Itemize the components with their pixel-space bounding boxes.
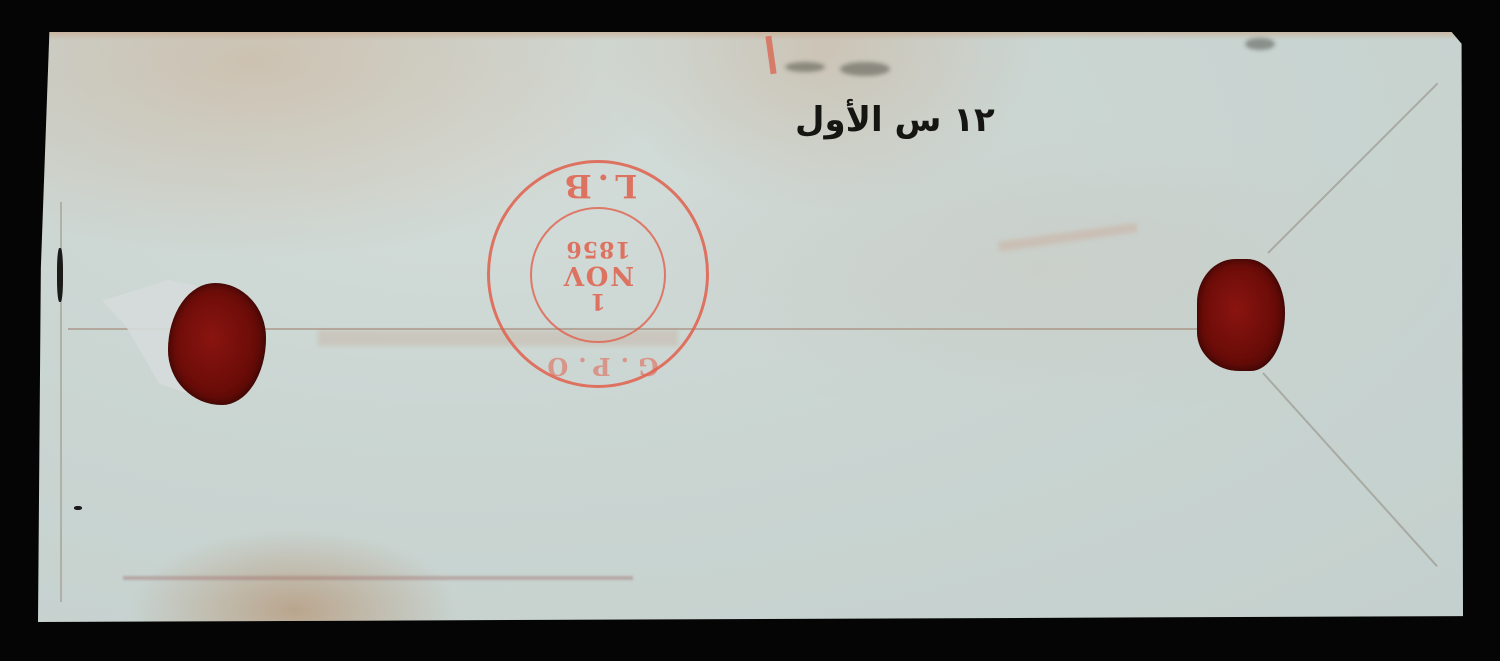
circular-datestamp: G.P.O 1 NOV 1856 L.B	[487, 160, 709, 388]
ink-smudge	[785, 62, 825, 72]
bottom-faded-line	[123, 576, 633, 580]
right-flap-upper-edge	[1267, 83, 1438, 254]
ink-smudge	[840, 62, 890, 76]
left-wax-seal	[168, 283, 266, 405]
ink-dot	[74, 506, 82, 510]
postmark-date-circle: 1 NOV 1856	[530, 207, 666, 343]
postmark-month: NOV	[562, 261, 634, 289]
postmark-top-text: G.P.O	[490, 352, 706, 381]
postmark-bottom-text: L.B	[490, 167, 706, 205]
right-flap-lower-edge	[1262, 372, 1437, 567]
ink-mark-left-edge	[57, 248, 63, 302]
postmark-day: 1	[590, 289, 605, 313]
right-wax-seal	[1197, 259, 1285, 371]
ink-smudge	[1245, 38, 1275, 50]
postmark-year: 1856	[565, 237, 630, 261]
faint-stain	[998, 222, 1138, 251]
arabic-handwritten-note: ١٢ س الأول	[795, 100, 995, 140]
